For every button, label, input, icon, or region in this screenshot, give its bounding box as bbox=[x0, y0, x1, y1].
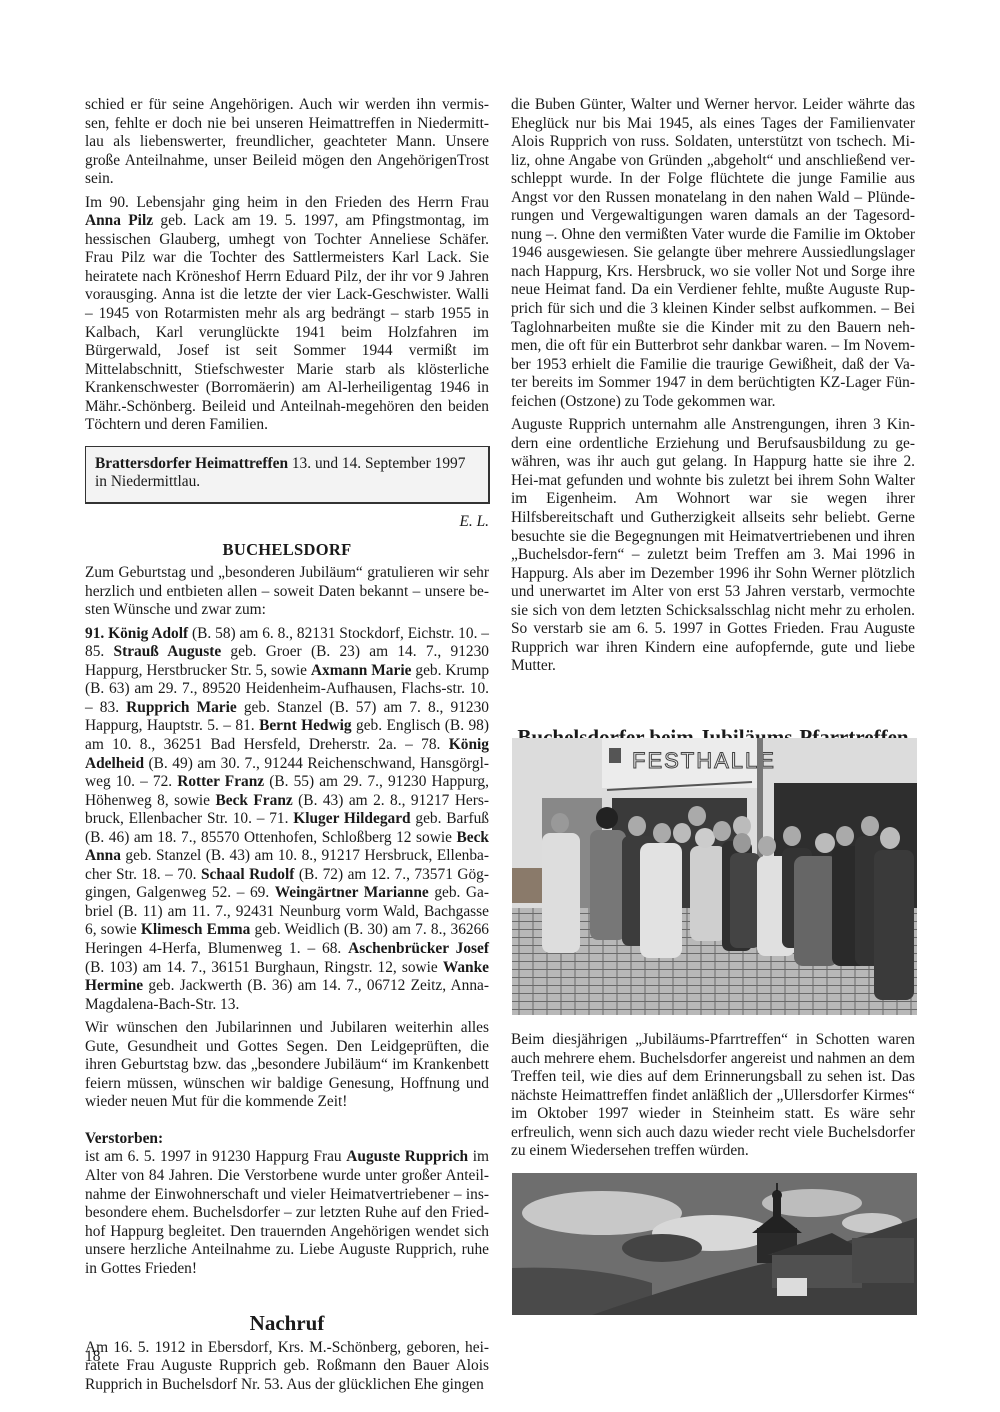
birthday-entry-name: Axmann Marie bbox=[311, 662, 412, 679]
landscape-photo bbox=[512, 1173, 917, 1315]
festhalle-sign: FESTHALLE bbox=[632, 748, 776, 773]
deceased-paragraph: ist am 6. 5. 1997 in 91230 Happurg Frau … bbox=[85, 1148, 489, 1278]
deceased-name: Auguste Rupprich bbox=[346, 1148, 468, 1165]
deceased-lead: ist am 6. 5. 1997 in 91230 Happurg Frau bbox=[85, 1148, 346, 1165]
birthday-entry-name: 91. König Adolf bbox=[85, 625, 188, 642]
pilz-rest: geb. Lack am 19. 5. 1997, am Pfingstmont… bbox=[85, 212, 489, 433]
page-number: 18 bbox=[85, 1348, 100, 1366]
obituary-title: Nachruf bbox=[85, 1314, 489, 1333]
birthday-entry-name: Beck Franz bbox=[215, 792, 292, 809]
notice-box: Brattersdorfer Heimattreffen 13. und 14.… bbox=[85, 446, 490, 504]
birthday-entry-name: Schaal Rudolf bbox=[201, 866, 294, 883]
birthday-entry-text: geb. Jackwerth (B. 36) am 14. 7., 06712 … bbox=[85, 977, 489, 1013]
signature: E. L. bbox=[85, 513, 489, 532]
pilz-paragraph: Im 90. Lebensjahr ging heim in den Fried… bbox=[85, 194, 489, 435]
greeting-paragraph: Zum Geburtstag und „besonderen Jubiläum“… bbox=[85, 564, 489, 620]
group-photo: FESTHALLE bbox=[512, 738, 917, 1015]
notice-box-title: Brattersdorfer Heimattreffen bbox=[95, 455, 288, 472]
birthday-entry-name: Weingärtner Marianne bbox=[275, 884, 429, 901]
obituary-second: Auguste Rupprich unternahm alle Anstreng… bbox=[511, 416, 915, 676]
group-photo-image: FESTHALLE bbox=[512, 738, 917, 1015]
caption-paragraph: Beim diesjährigen „Jubiläums-Pfarrtreffe… bbox=[511, 1031, 915, 1161]
pilz-lead: Im 90. Lebensjahr ging heim in den Fried… bbox=[85, 194, 489, 211]
birthday-entry-name: Aschenbrücker Josef bbox=[348, 940, 489, 957]
section-title: BUCHELSDORF bbox=[85, 541, 489, 560]
intro-paragraph: schied er für seine Angehörigen. Auch wi… bbox=[85, 96, 489, 189]
photo-caption: Beim diesjährigen „Jubiläums-Pfarrtreffe… bbox=[511, 1031, 915, 1161]
obituary-continued: die Buben Günter, Walter und Werner herv… bbox=[511, 96, 915, 411]
left-column: schied er für seine Angehörigen. Auch wi… bbox=[85, 96, 489, 1394]
birthday-entry-name: Rupprich Marie bbox=[126, 699, 237, 716]
birthday-entry-name: Rotter Franz bbox=[177, 773, 264, 790]
birthday-entry-name: Klimesch Emma bbox=[141, 921, 250, 938]
birthday-list: 91. König Adolf (B. 58) am 6. 8., 82131 … bbox=[85, 625, 489, 1014]
right-column: die Buben Günter, Walter und Werner herv… bbox=[511, 96, 915, 772]
deceased-rest: im Alter von 84 Jahren. Die Verstorbene … bbox=[85, 1148, 489, 1276]
birthday-entry-name: Bernt Hedwig bbox=[259, 717, 352, 734]
wishes-paragraph: Wir wünschen den Jubilarinnen und Jubila… bbox=[85, 1019, 489, 1112]
obituary-paragraph: Am 16. 5. 1912 in Ebersdorf, Krs. M.-Sch… bbox=[85, 1339, 489, 1395]
birthday-entry-name: Strauß Auguste bbox=[114, 643, 222, 660]
landscape-photo-image bbox=[512, 1173, 917, 1315]
pilz-name: Anna Pilz bbox=[85, 212, 153, 229]
birthday-entry-name: Kluger Hildegard bbox=[293, 810, 410, 827]
deceased-heading: Verstorben: bbox=[85, 1130, 489, 1149]
birthday-entry-text: (B. 103) am 14. 7., 36151 Burghaun, Ring… bbox=[85, 959, 443, 976]
